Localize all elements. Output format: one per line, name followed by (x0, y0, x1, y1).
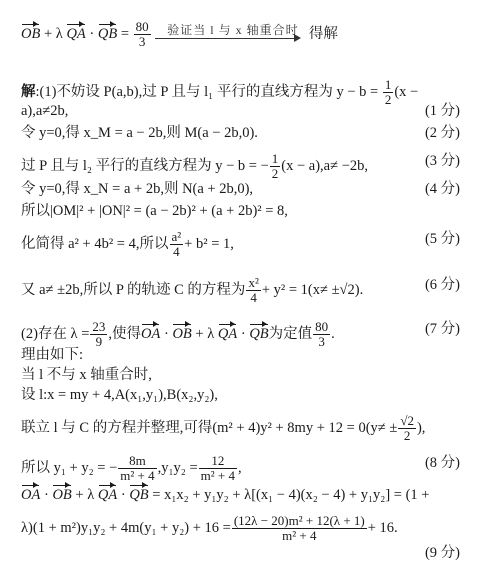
score-4: (4 分) (425, 180, 460, 198)
part2-line-1: (2)存在 λ =239,使得OA · OB + λ QA · QB为定值803… (21, 320, 460, 349)
part2-vieta: 所以 y₁ + y₂ = −8mm² + 4,y₁y₂ =12m² + 4, (21, 454, 460, 483)
fraction: x²4 (246, 276, 260, 305)
solution-line-5: 令 y=0,得 x_N = a + 2b,则 N(a + 2b,0), (21, 180, 460, 198)
fraction: 12m² + 4 (199, 454, 237, 483)
part2-reason: 理由如下: (21, 346, 460, 364)
score-7: (7 分) (425, 320, 460, 338)
vector-ob: OB (52, 486, 71, 504)
solution-label: 解 (21, 84, 36, 100)
vector-qa: QA (218, 325, 237, 343)
score-2: (2 分) (425, 124, 460, 142)
vector-ob: OB (21, 25, 40, 43)
fraction: (12λ − 20)m² + 12(λ + 1)m² + 4 (232, 514, 367, 543)
solution-line-8: 又 a≠ ±2b,所以 P 的轨迹 C 的方程为x²4+ y² = 1(x≠ ±… (21, 276, 460, 305)
score-9: (9 分) (425, 544, 460, 562)
solution-line-3: 令 y=0,得 x_M = a − 2b,则 M(a − 2b,0). (21, 124, 460, 142)
vector-qa: QA (66, 25, 85, 43)
score-6: (6 分) (425, 276, 460, 294)
header-equation: OB + λ QA · QB = 803 验证当 l 与 x 轴重合时 得解 (21, 20, 460, 49)
arrow-head-icon (294, 34, 305, 42)
solution-line-6: 所以|OM|² + |ON|² = (a − 2b)² + (a + 2b)² … (21, 202, 460, 220)
solution-line-2: a),a≠2b, (21, 102, 460, 120)
part2-case: 当 l 不与 x 轴重合时, (21, 366, 460, 384)
part2-dot-line-2: λ)(1 + m²)y₁y₂ + 4m(y₁ + y₂) + 16 =(12λ … (21, 514, 460, 543)
vector-ob: OB (172, 325, 191, 343)
vector-qb: QB (129, 486, 148, 504)
solution-line-4: 过 P 且与 l₂ 平行的直线方程为 y − b = −12(x − a),a≠… (21, 152, 460, 181)
fraction: 12 (270, 152, 281, 181)
score-5: (5 分) (425, 230, 460, 248)
vector-qb: QB (98, 25, 117, 43)
part2-dot-line-1: OA · OB + λ QA · QB = x₁x₂ + y₁y₂ + λ[(x… (21, 486, 460, 504)
vector-qb: QB (249, 325, 268, 343)
arrow-shaft-icon (155, 38, 299, 39)
fraction: 239 (90, 320, 107, 349)
solution-line-7: 化简得 a² + 4b² = 4,所以a²4+ b² = 1, (21, 230, 460, 259)
fraction: 8mm² + 4 (118, 454, 156, 483)
score-1: (1 分) (425, 102, 460, 120)
fraction: 803 (134, 20, 151, 49)
fraction: a²4 (170, 230, 184, 259)
score-8: (8 分) (425, 454, 460, 472)
implication-arrow: 验证当 l 与 x 轴重合时 (155, 23, 305, 47)
vector-oa: OA (141, 325, 160, 343)
score-3: (3 分) (425, 152, 460, 170)
fraction: 803 (313, 320, 330, 349)
vector-qa: QA (98, 486, 117, 504)
part2-combine: 联立 l 与 C 的方程并整理,可得(m² + 4)y² + 8my + 12 … (21, 414, 460, 443)
part2-setup: 设 l:x = my + 4,A(x₁,y₁),B(x₂,y₂), (21, 386, 460, 404)
vector-oa: OA (21, 486, 40, 504)
fraction: √22 (398, 414, 416, 443)
